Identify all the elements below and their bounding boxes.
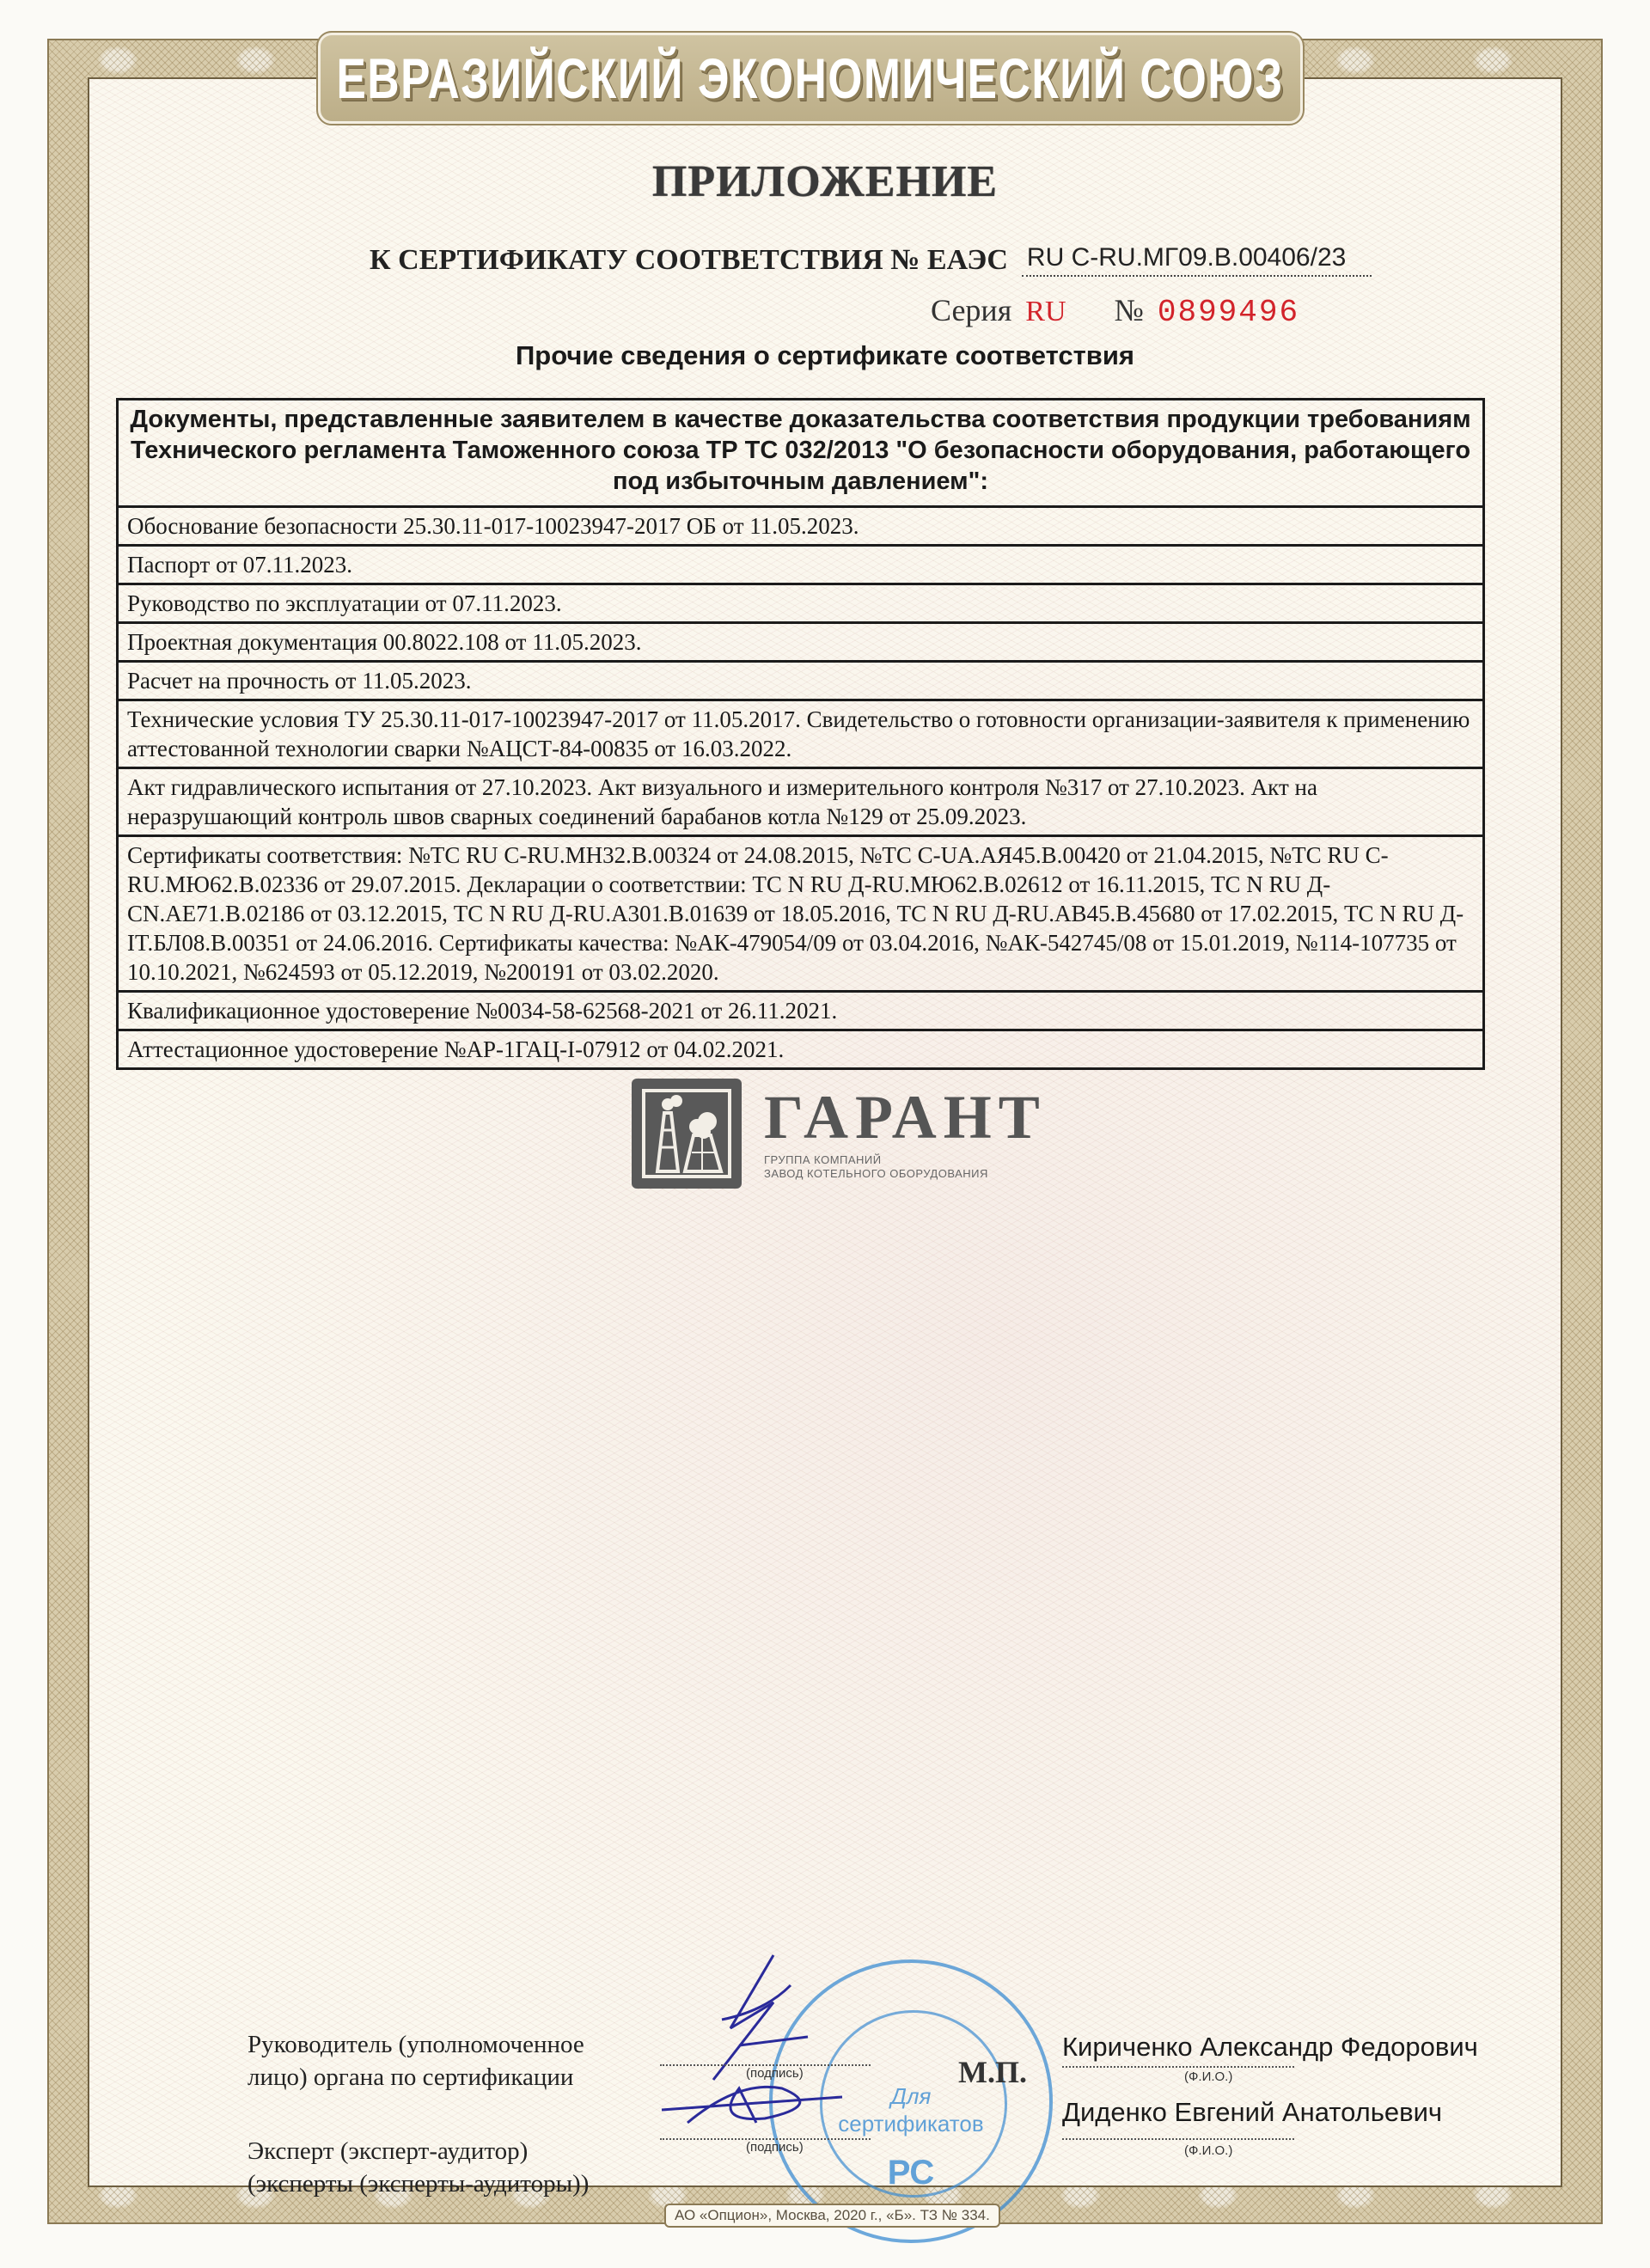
stamp-rs-mark-icon: РС <box>773 2154 1049 2192</box>
head-full-name: Кириченко Александр Федорович <box>1062 2032 1478 2063</box>
head-name-line <box>1062 2066 1294 2068</box>
expert-full-name: Диденко Евгений Анатольевич <box>1062 2097 1442 2128</box>
series-value: RU <box>1025 296 1066 328</box>
head-signature-icon <box>636 1951 859 2131</box>
documents-table: Документы, представленные заявителем в к… <box>116 398 1485 1070</box>
section-title: Прочие сведения о сертификате соответств… <box>0 340 1650 371</box>
table-row: Руководство по эксплуатации от 07.11.202… <box>119 585 1482 624</box>
factory-chimney-cooling-tower-icon <box>632 1079 742 1189</box>
series-label: Серия <box>931 292 1011 328</box>
expert-fio-caption: (Ф.И.О.) <box>1184 2143 1232 2158</box>
document-title: ПРИЛОЖЕНИЕ <box>0 156 1650 207</box>
table-row: Квалификационное удостоверение №0034-58-… <box>119 993 1482 1031</box>
printer-imprint: АО «Опцион», Москва, 2020 г., «Б». ТЗ № … <box>664 2204 1000 2228</box>
certificate-label: К СЕРТИФИКАТУ СООТВЕТСТВИЯ № ЕАЭС <box>370 244 1008 277</box>
head-label-line-2: лицо) органа по сертификации <box>247 2061 573 2094</box>
banner-text: ЕВРАЗИЙСКИЙ ЭКОНОМИЧЕСКИЙ СОЮЗ <box>337 46 1284 111</box>
table-row: Сертификаты соответствия: №ТС RU C-RU.МН… <box>119 837 1482 993</box>
expert-label-line-1: Эксперт (эксперт-аудитор) <box>247 2135 528 2167</box>
certificate-number: RU C-RU.МГ09.В.00406/23 <box>1022 243 1372 277</box>
logo-subtitle-2: ЗАВОД КОТЕЛЬНОГО ОБОРУДОВАНИЯ <box>764 1167 1047 1181</box>
series-line: Серия RU № 0899496 <box>931 292 1299 330</box>
form-serial-number: 0899496 <box>1158 295 1299 330</box>
table-row: Обоснование безопасности 25.30.11-017-10… <box>119 508 1482 547</box>
table-row: Технические условия ТУ 25.30.11-017-1002… <box>119 701 1482 769</box>
table-row: Акт гидравлического испытания от 27.10.2… <box>119 769 1482 837</box>
table-row: Аттестационное удостоверение №АР-1ГАЦ-I-… <box>119 1031 1482 1067</box>
logo-name: ГАРАНТ <box>764 1086 1047 1148</box>
company-logo: ГАРАНТ ГРУППА КОМПАНИЙ ЗАВОД КОТЕЛЬНОГО … <box>632 1079 1047 1189</box>
documents-table-header: Документы, представленные заявителем в к… <box>119 400 1482 508</box>
table-row: Паспорт от 07.11.2023. <box>119 547 1482 585</box>
logo-subtitle-1: ГРУППА КОМПАНИЙ <box>764 1153 1047 1167</box>
expert-label-line-2: (эксперты (эксперты-аудиторы)) <box>247 2167 589 2200</box>
expert-signature-caption: (подпись) <box>746 2140 804 2155</box>
table-row: Проектная документация 00.8022.108 от 11… <box>119 624 1482 663</box>
table-row: Расчет на прочность от 11.05.2023. <box>119 663 1482 701</box>
head-signature-caption: (подпись) <box>746 2066 804 2081</box>
certificate-line: К СЕРТИФИКАТУ СООТВЕТСТВИЯ № ЕАЭС RU C-R… <box>370 243 1372 277</box>
head-label-line-1: Руководитель (уполномоченное <box>247 2028 584 2061</box>
expert-name-line <box>1062 2138 1294 2140</box>
number-label: № <box>1115 292 1144 328</box>
head-fio-caption: (Ф.И.О.) <box>1184 2069 1232 2084</box>
header-banner: ЕВРАЗИЙСКИЙ ЭКОНОМИЧЕСКИЙ СОЮЗ <box>318 33 1303 124</box>
stamp-place-label: М.П. <box>958 2054 1027 2090</box>
